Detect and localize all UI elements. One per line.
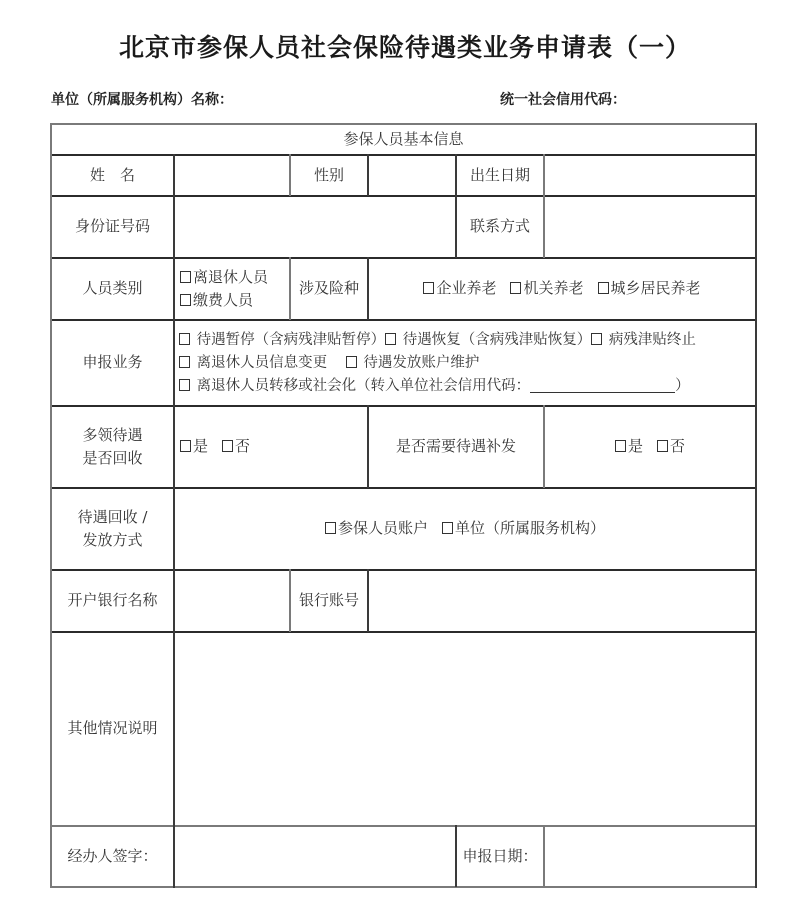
checkbox-icon [615, 440, 626, 452]
checkbox-icon [598, 282, 609, 294]
checkbox-icon [180, 440, 191, 452]
section-header: 参保人员基本信息 [52, 125, 755, 154]
payment-method-options: 参保人员账户 单位（所属服务机构） [175, 489, 755, 569]
birthdate-field[interactable] [545, 156, 755, 195]
checkbox-transfer[interactable]: 离退休人员转移或社会化（转入单位社会信用代码： [179, 378, 530, 394]
checkbox-reissue-no[interactable]: 否 [657, 435, 685, 458]
business-type-options: 待遇暂停（含病残津贴暂停） 待遇恢复（含病残津贴恢复） 病残津贴终止 离退休人员… [175, 321, 755, 405]
checkbox-icon [180, 271, 191, 283]
contact-field[interactable] [545, 197, 755, 257]
checkbox-personal-account[interactable]: 参保人员账户 [325, 517, 428, 540]
payment-method-label: 待遇回收 / 发放方式 [52, 489, 173, 569]
gender-label: 性别 [291, 156, 367, 195]
bank-name-field[interactable] [175, 571, 289, 631]
checkbox-suspend[interactable]: 待遇暂停（含病残津贴暂停） [179, 332, 385, 348]
id-number-field[interactable] [175, 197, 455, 257]
insurance-type-options: 企业养老 机关养老 城乡居民养老 [369, 259, 755, 319]
checkbox-icon [591, 333, 602, 345]
checkbox-terminate-disability[interactable]: 病残津贴终止 [591, 332, 696, 348]
id-number-label: 身份证号码 [52, 197, 173, 257]
checkbox-icon [179, 333, 190, 345]
overpayment-recovery-label: 多领待遇 是否回收 [52, 407, 173, 487]
person-category-label: 人员类别 [52, 259, 173, 319]
checkbox-enterprise-pension[interactable]: 企业养老 [423, 277, 496, 300]
bank-account-field[interactable] [369, 571, 755, 631]
other-notes-field[interactable] [175, 633, 755, 825]
reissue-label: 是否需要待遇补发 [369, 407, 543, 487]
insurance-type-label: 涉及险种 [291, 259, 367, 319]
checkbox-icon [179, 356, 190, 368]
application-table: 参保人员基本信息 姓 名 性别 出生日期 身份证号码 联系方式 人员类别 离退休… [0, 0, 810, 920]
checkbox-icon [346, 356, 357, 368]
checkbox-icon [222, 440, 233, 452]
checkbox-icon [657, 440, 668, 452]
checkbox-account-maintenance[interactable]: 待遇发放账户维护 [346, 355, 480, 371]
business-type-label: 申报业务 [52, 321, 173, 405]
checkbox-recovery-yes[interactable]: 是 [180, 435, 208, 458]
submit-date-label: 申报日期： [457, 827, 543, 886]
checkbox-icon [510, 282, 521, 294]
other-notes-label: 其他情况说明 [52, 633, 173, 825]
submit-date-field[interactable] [545, 827, 755, 886]
checkbox-resident-pension[interactable]: 城乡居民养老 [598, 277, 701, 300]
checkbox-icon [180, 294, 191, 306]
signer-field[interactable] [175, 827, 455, 886]
checkbox-icon [423, 282, 434, 294]
checkbox-icon [442, 522, 453, 534]
reissue-options: 是 否 [545, 407, 755, 487]
signer-label: 经办人签字： [52, 827, 173, 886]
checkbox-retired[interactable]: 离退休人员 [180, 266, 268, 289]
checkbox-unit-account[interactable]: 单位（所属服务机构） [442, 517, 605, 540]
contact-label: 联系方式 [457, 197, 543, 257]
birthdate-label: 出生日期 [457, 156, 543, 195]
name-field[interactable] [175, 156, 289, 195]
transfer-credit-code-input[interactable] [530, 378, 675, 393]
overpayment-recovery-options: 是 否 [175, 407, 367, 487]
table-border-right [755, 123, 757, 888]
name-label: 姓 名 [52, 156, 173, 195]
bank-account-label: 银行账号 [291, 571, 367, 631]
checkbox-contributor[interactable]: 缴费人员 [180, 289, 253, 312]
table-border-bottom [51, 886, 757, 888]
checkbox-icon [325, 522, 336, 534]
gender-field[interactable] [369, 156, 455, 195]
person-category-options: 离退休人员 缴费人员 [175, 259, 289, 319]
bank-name-label: 开户银行名称 [52, 571, 173, 631]
checkbox-reissue-yes[interactable]: 是 [615, 435, 643, 458]
checkbox-recovery-no[interactable]: 否 [222, 435, 250, 458]
checkbox-icon [385, 333, 396, 345]
checkbox-resume[interactable]: 待遇恢复（含病残津贴恢复） [385, 332, 591, 348]
checkbox-agency-pension[interactable]: 机关养老 [510, 277, 583, 300]
checkbox-info-change[interactable]: 离退休人员信息变更 [179, 355, 327, 371]
checkbox-icon [179, 379, 190, 391]
